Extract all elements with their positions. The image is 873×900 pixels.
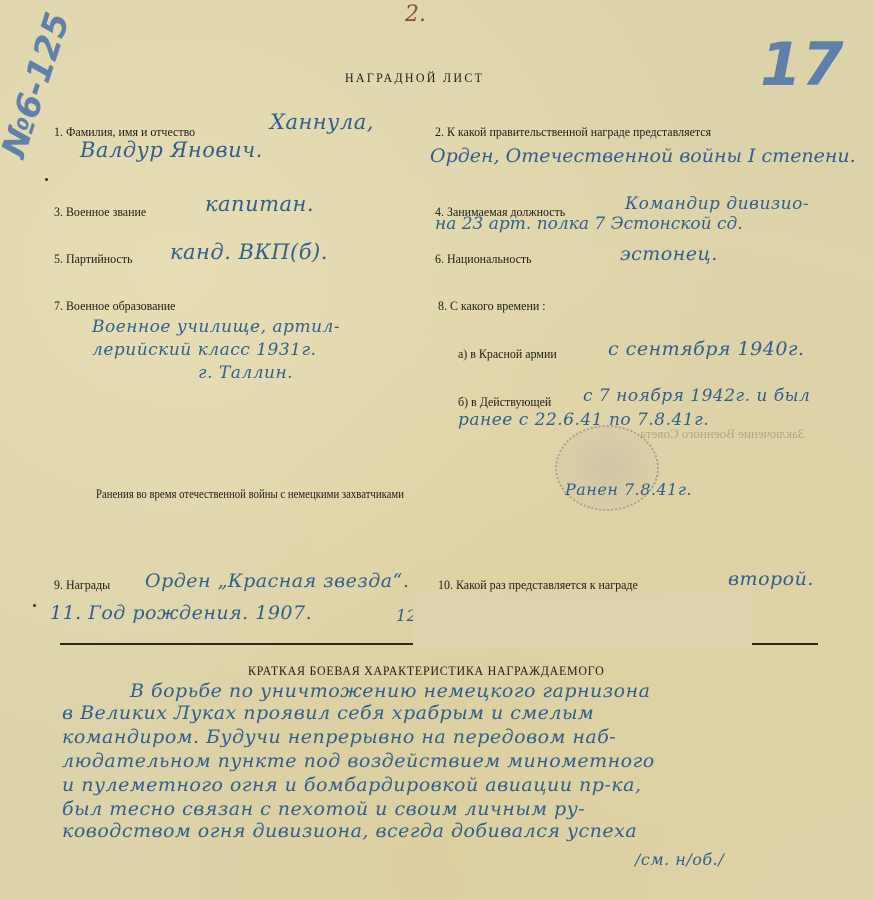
field-7-value-line3: г. Таллин.	[198, 363, 293, 383]
field-10-value: второй.	[728, 568, 814, 590]
document-title: НАГРАДНОЙ ЛИСТ	[345, 70, 484, 86]
field-4-value-line2: на 23 арт. полка 7 Эстонской сд.	[435, 214, 743, 234]
field-8a-label: а) в Красной армии	[458, 346, 557, 362]
field-10-label: 10. Какой раз представляется к награде	[438, 577, 638, 593]
field-1-value-line2: Валдур Янович.	[80, 138, 263, 162]
field-7-value-line1: Военное училище, артил-	[92, 317, 340, 337]
field-8b-value-line1: с 7 ноября 1942г. и был	[583, 386, 810, 406]
margin-annotation-top-right: 17	[760, 30, 844, 100]
wounds-label: Ранения во время отечественной войны с н…	[96, 487, 404, 502]
field-2-value: Орден, Отечественной войны I степени.	[430, 145, 856, 167]
field-8-label: 8. С какого времени :	[438, 298, 546, 314]
field-5-label: 5. Партийность	[54, 251, 132, 267]
redacted-region	[413, 593, 752, 649]
field-4-value-line1: Командир дивизио-	[625, 194, 809, 214]
field-9-value: Орден „Красная звезда“.	[145, 570, 409, 592]
characteristic-heading: КРАТКАЯ БОЕВАЯ ХАРАКТЕРИСТИКА НАГРАЖДАЕМ…	[248, 663, 605, 679]
characteristic-line-4: людательном пункте под воздействием мино…	[62, 750, 655, 772]
field-6-value: эстонец.	[620, 243, 718, 265]
field-8a-value: с сентября 1940г.	[608, 338, 805, 360]
field-1-value-line1: Ханнула,	[270, 110, 374, 134]
field-7-value-line2: лерийский класс 1931г.	[92, 340, 316, 360]
characteristic-line-1: В борьбе по уничтожению немецкого гарниз…	[130, 680, 650, 702]
field-9-label: 9. Награды	[54, 577, 110, 593]
continuation-note: /см. н/об./	[635, 850, 724, 869]
characteristic-line-7: ководством огня дивизиона, всегда добива…	[62, 820, 637, 842]
field-8b-label: б) в Действующей	[458, 394, 551, 410]
field-3-value: капитан.	[205, 192, 314, 216]
wounds-value: Ранен 7.8.41г.	[565, 480, 692, 499]
field-7-label: 7. Военное образование	[54, 298, 175, 314]
field-11-value: 11. Год рождения. 1907.	[50, 602, 312, 624]
characteristic-line-3: командиром. Будучи непрерывно на передов…	[62, 726, 616, 748]
paper-speck	[33, 604, 36, 607]
characteristic-line-5: и пулеметного огня и бомбардировкой авиа…	[62, 774, 642, 796]
field-5-value: канд. ВКП(б).	[170, 240, 328, 264]
characteristic-line-6: был тесно связан с пехотой и своим личны…	[62, 798, 585, 820]
field-2-label: 2. К какой правительственной награде пре…	[435, 124, 711, 140]
field-6-label: 6. Национальность	[435, 251, 532, 267]
page-number: 2.	[405, 2, 426, 27]
bleed-through-text: Заключение Военного Совета	[640, 426, 804, 442]
paper-speck	[45, 178, 48, 181]
characteristic-line-2: в Великих Луках проявил себя храбрым и с…	[62, 702, 594, 724]
field-3-label: 3. Военное звание	[54, 204, 146, 220]
